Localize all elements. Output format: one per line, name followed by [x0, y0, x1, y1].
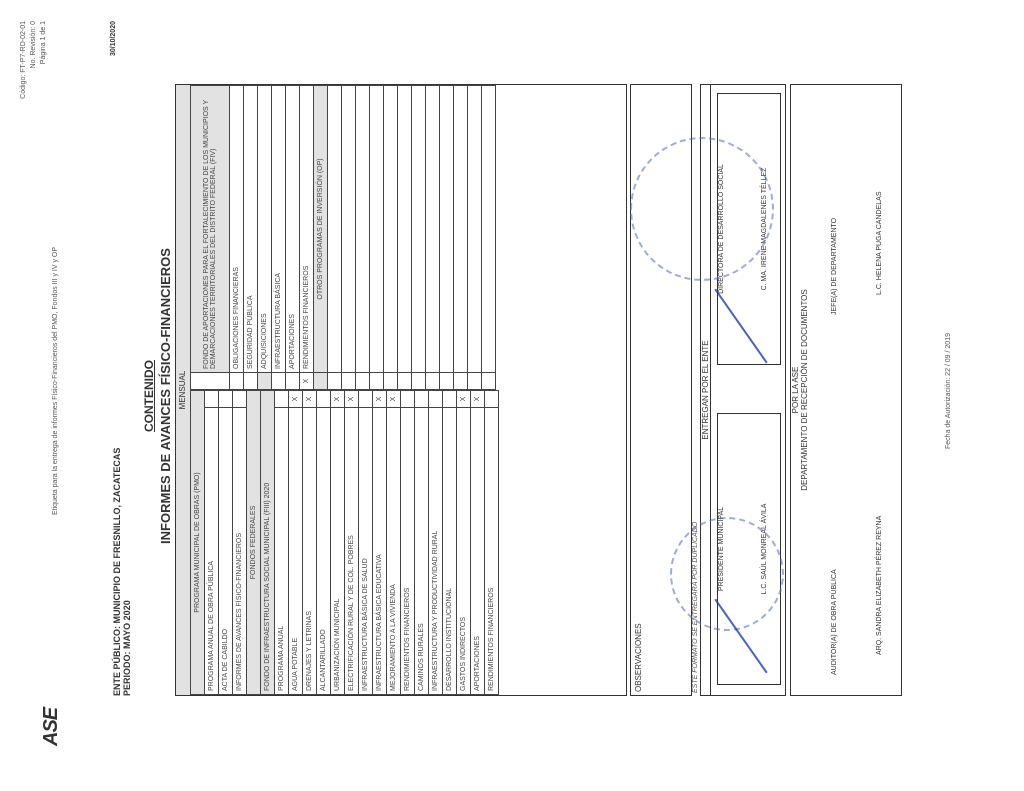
table-row: INFRAESTRUCTURA BÁSICA	[272, 86, 286, 390]
ase-logo: ASE	[40, 708, 63, 746]
jefe-role: JEFE(A) DE DEPARTAMENTO	[831, 218, 838, 315]
table-row: INFRAESTRUCTURA BÁSICA DE SALUD	[359, 391, 373, 695]
table-row: OBLIGACIONES FINANCIERAS	[230, 86, 244, 390]
table-row: AGUA POTABLEX	[289, 391, 303, 695]
fiii-header: FONDO DE INFRAESTRUCTURA SOCIAL MUNICIPA…	[261, 391, 275, 695]
informes-subtitle: INFORMES DE AVANCES FÍSICO-FINANCIEROS	[158, 96, 173, 696]
left-table: PROGRAMA MUNICIPAL DE OBRAS (PMO) PROGRA…	[190, 390, 499, 695]
auditor-name: ARQ. SANDRA ELIZABETH PÉREZ REYNA	[876, 516, 883, 655]
table-row: DRENAJES Y LETRINASX	[303, 391, 317, 695]
table-row: MEJORAMIENTO A LA VIVIENDAX	[387, 391, 401, 695]
auditor-role: AUDITOR(A) DE OBRA PÚBLICA	[831, 569, 838, 675]
contenido-title: CONTENIDO	[142, 96, 156, 696]
table-row: ACTA DE CABILDO	[219, 391, 233, 695]
scanned-page: Etiqueta para la entrega de informes Fís…	[0, 0, 1024, 791]
table-row: RENDIMIENTOS FINANCIEROS	[401, 391, 415, 695]
ase-stamp	[630, 137, 774, 281]
table-row: URBANIZACIÓN MUNICIPALX	[331, 391, 345, 695]
table-row: APORTACIONESX	[471, 391, 485, 695]
revision-number: No. Revisión: 0	[30, 21, 37, 101]
pmo-header: PROGRAMA MUNICIPAL DE OBRAS (PMO)	[191, 391, 205, 695]
table-row: ALCANTARILLADO	[317, 391, 331, 695]
periodo: PERIODO: MAYO 2020	[122, 600, 132, 696]
table-row: PROGRAMA ANUAL	[275, 391, 289, 695]
contents-box: MENSUAL PROGRAMA MUNICIPAL DE OBRAS (PMO…	[175, 84, 627, 696]
table-row: ADQUISICIONES	[258, 86, 272, 390]
page-number: Página 1 de 1	[40, 21, 47, 101]
ase-department: DEPARTAMENTO DE RECEPCIÓN DE DOCUMENTOS	[800, 85, 809, 695]
jefe-name: L.C. HELENA PUGA CANDELAS	[876, 192, 883, 295]
right-table: FONDO DE APORTACIONES PARA EL FORTALECIM…	[190, 85, 496, 390]
op-header: OTROS PROGRAMAS DE INVERSIÓN (OP)	[314, 86, 328, 373]
table-row: INFRAESTRUCTURA Y PRODUCTIVIDAD RURAL	[429, 391, 443, 695]
table-row: INFRAESTRUCTURA BÁSICA EDUCATIVAX	[373, 391, 387, 695]
ase-box: POR LA ASE DEPARTAMENTO DE RECEPCIÓN DE …	[790, 84, 902, 696]
table-row: PROGRAMA ANUAL DE OBRA PÚBLICA	[205, 391, 219, 695]
document-code: Código: FT-P7-RD-02-01	[20, 21, 27, 101]
table-row: DESARROLLO INSTITUCIONAL	[443, 391, 457, 695]
authorization-date: Fecha de Autorización: 22 / 09 / 2019	[945, 191, 952, 591]
fiv-header: FONDO DE APORTACIONES PARA EL FORTALECIM…	[191, 86, 230, 373]
table-row: CAMINOS RURALES	[415, 391, 429, 695]
table-row: SEGURIDAD PÚBLICA	[244, 86, 258, 390]
ente-publico: ENTE PÚBLICO: MUNICIPIO DE FRESNILLO, ZA…	[112, 448, 122, 696]
document-title: Etiqueta para la entrega de informes Fís…	[52, 171, 59, 591]
fondos-federales-header: FONDOS FEDERALES	[247, 391, 261, 695]
table-row: INFORMES DE AVANCES FÍSICO-FINANCIEROS	[233, 391, 247, 695]
table-row: ELECTRIFICACIÓN RURAL Y DE COL. POBRESX	[345, 391, 359, 695]
mensual-label: MENSUAL	[176, 85, 191, 695]
table-row: GASTOS INDIRECTOSX	[457, 391, 471, 695]
table-row: XRENDIMIENTOS FINANCIEROS	[300, 86, 314, 390]
document-date: 30/10/2020	[110, 21, 117, 91]
table-row: RENDIMIENTOS FINANCIEROS	[485, 391, 499, 695]
ase-title: POR LA ASE	[791, 85, 800, 695]
table-row: APORTACIONES	[286, 86, 300, 390]
